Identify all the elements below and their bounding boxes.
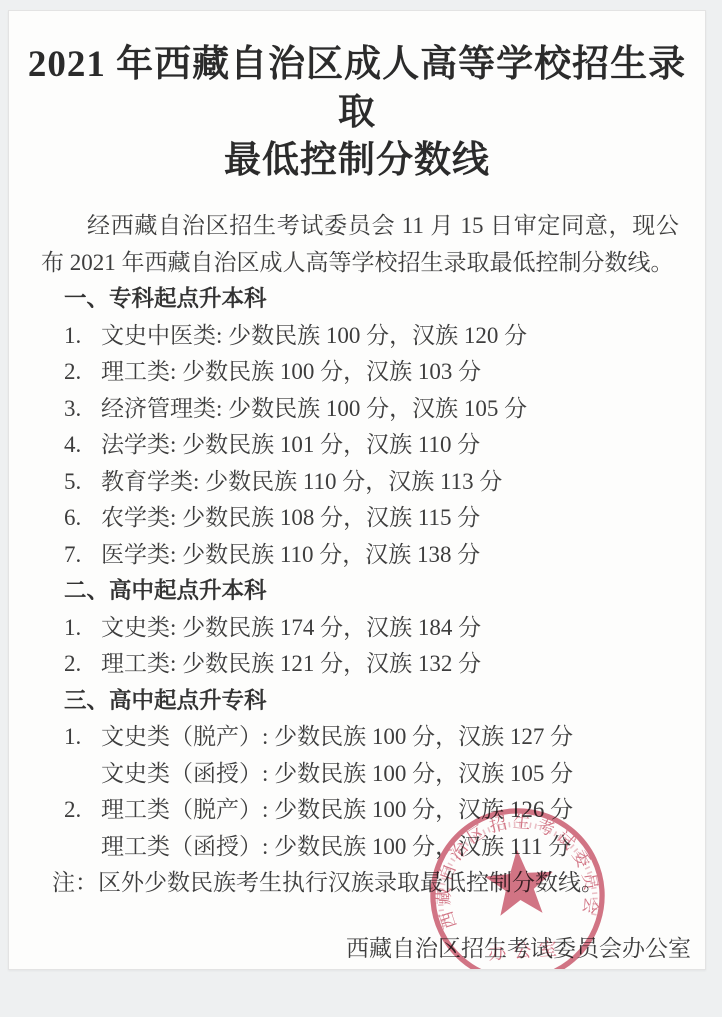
title-line-2: 最低控制分数线 xyxy=(9,137,705,185)
item-number: 3. xyxy=(64,391,101,428)
item-text: 文史类（函授）: 少数民族 100 分，汉族 105 分 xyxy=(101,761,573,786)
score-item: 3.经济管理类: 少数民族 100 分，汉族 105 分 xyxy=(41,391,679,428)
item-number: 2. xyxy=(64,646,101,683)
score-item: 4.法学类: 少数民族 101 分，汉族 110 分 xyxy=(41,427,679,464)
item-text: 医学类: 少数民族 110 分，汉族 138 分 xyxy=(101,542,480,567)
section-heading-1: 一、专科起点升本科 xyxy=(41,281,679,318)
item-number: 7. xyxy=(64,537,101,574)
item-text: 农学类: 少数民族 108 分，汉族 115 分 xyxy=(101,505,480,530)
score-item: 1.文史中医类: 少数民族 100 分，汉族 120 分 xyxy=(41,318,679,355)
score-list: 一、专科起点升本科 1.文史中医类: 少数民族 100 分，汉族 120 分 2… xyxy=(41,281,679,902)
score-item: 6.农学类: 少数民族 108 分，汉族 115 分 xyxy=(41,500,679,537)
item-text: 理工类: 少数民族 100 分，汉族 103 分 xyxy=(101,359,481,384)
item-text: 文史类（脱产）: 少数民族 100 分，汉族 127 分 xyxy=(101,724,573,749)
score-item: 7.医学类: 少数民族 110 分，汉族 138 分 xyxy=(41,537,679,574)
item-number: 6. xyxy=(64,500,101,537)
document-page: 2021 年西藏自治区成人高等学校招生录取 最低控制分数线 经西藏自治区招生考试… xyxy=(8,10,706,970)
date: 2021 年 11 月 16 日 xyxy=(9,967,705,971)
note-line: 注：区外少数民族考生执行汉族录取最低控制分数线。 xyxy=(41,865,679,902)
document-title: 2021 年西藏自治区成人高等学校招生录取 最低控制分数线 xyxy=(9,11,705,185)
signature: 西藏自治区招生考试委员会办公室 xyxy=(9,930,705,967)
item-number: 5. xyxy=(64,464,101,501)
score-item: 2.理工类: 少数民族 100 分，汉族 103 分 xyxy=(41,354,679,391)
title-line-1: 2021 年西藏自治区成人高等学校招生录取 xyxy=(9,41,705,137)
item-number: 1. xyxy=(64,610,101,647)
item-number: 2. xyxy=(64,354,101,391)
score-item: 5.教育学类: 少数民族 110 分，汉族 113 分 xyxy=(41,464,679,501)
item-text: 理工类: 少数民族 121 分，汉族 132 分 xyxy=(101,651,481,676)
item-text: 文史中医类: 少数民族 100 分，汉族 120 分 xyxy=(101,323,527,348)
item-number: 1. xyxy=(64,318,101,355)
item-text: 文史类: 少数民族 174 分，汉族 184 分 xyxy=(101,615,481,640)
section-heading-2: 二、高中起点升本科 xyxy=(41,573,679,610)
item-number: 1. xyxy=(64,719,101,756)
intro-line-2: 布 2021 年西藏自治区成人高等学校招生录取最低控制分数线。 xyxy=(41,244,679,281)
score-item: 1.文史类（脱产）: 少数民族 100 分，汉族 127 分 xyxy=(41,719,679,756)
item-number: 2. xyxy=(64,792,101,829)
intro-line-1: 经西藏自治区招生考试委员会 11 月 15 日审定同意，现公 xyxy=(41,207,679,244)
item-text: 法学类: 少数民族 101 分，汉族 110 分 xyxy=(101,432,480,457)
score-item: 2.理工类（脱产）: 少数民族 100 分，汉族 126 分 xyxy=(41,792,679,829)
item-text: 经济管理类: 少数民族 100 分，汉族 105 分 xyxy=(101,396,527,421)
item-text: 教育学类: 少数民族 110 分，汉族 113 分 xyxy=(101,469,502,494)
score-item: 理工类（函授）: 少数民族 100 分，汉族 111 分 xyxy=(41,829,679,866)
item-text: 理工类（脱产）: 少数民族 100 分，汉族 126 分 xyxy=(101,797,573,822)
intro-paragraph: 经西藏自治区招生考试委员会 11 月 15 日审定同意，现公 布 2021 年西… xyxy=(41,207,679,281)
score-item: 1.文史类: 少数民族 174 分，汉族 184 分 xyxy=(41,610,679,647)
section-heading-3: 三、高中起点升专科 xyxy=(41,683,679,720)
score-item: 2.理工类: 少数民族 121 分，汉族 132 分 xyxy=(41,646,679,683)
score-item: 文史类（函授）: 少数民族 100 分，汉族 105 分 xyxy=(41,756,679,793)
item-text: 理工类（函授）: 少数民族 100 分，汉族 111 分 xyxy=(101,834,571,859)
item-number: 4. xyxy=(64,427,101,464)
